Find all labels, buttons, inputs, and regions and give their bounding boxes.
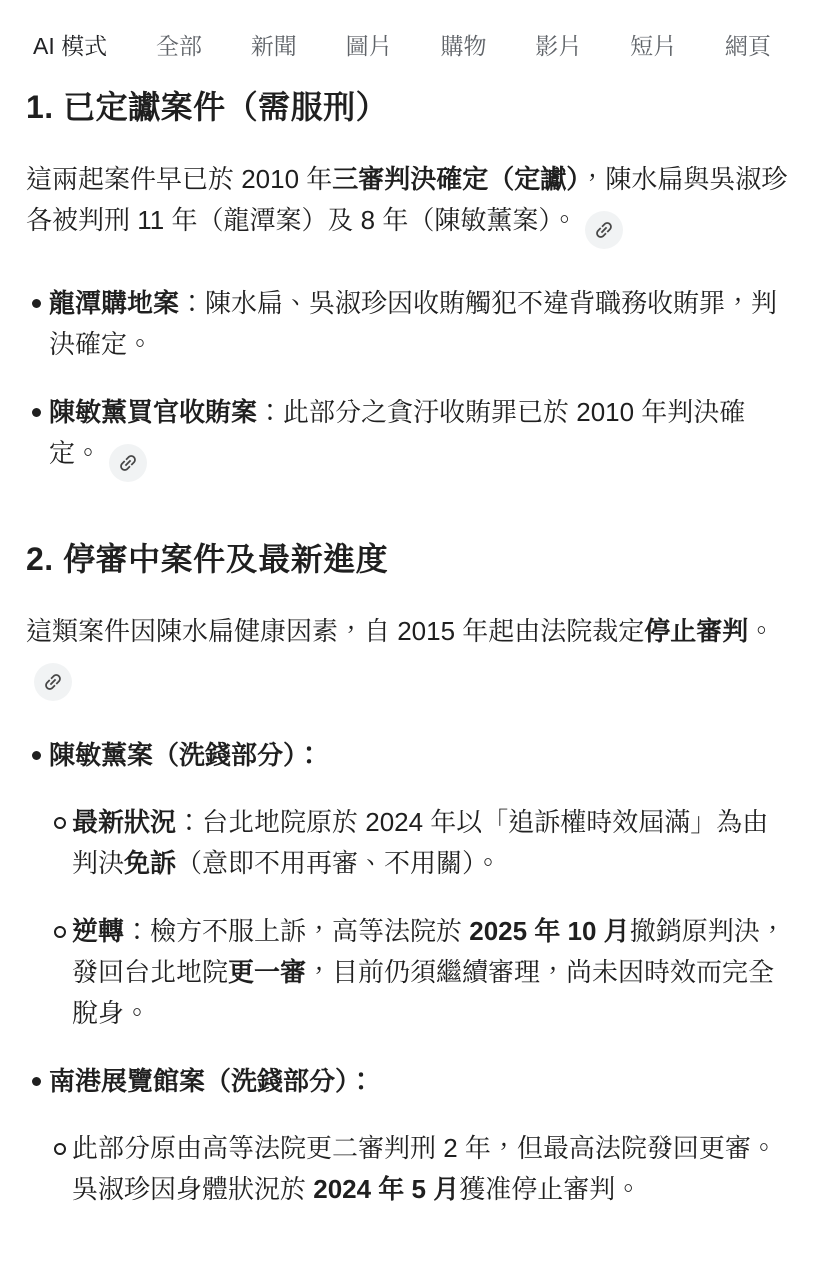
list-item-nangang-case: 南港展覽館案（洗錢部分）： 此部分原由高等法院更二審判刑 2 年，但最高法院發回…: [26, 1061, 793, 1210]
tab-web[interactable]: 網頁: [725, 30, 771, 62]
section-heading-1: 1. 已定讞案件（需服刑）: [26, 86, 793, 128]
sub-item-reversal: 逆轉：檢方不服上訴，高等法院於 2025 年 10 月撤銷原判決，發回台北地院更…: [49, 911, 793, 1034]
text-run-bold: 2024 年 5 月: [313, 1174, 459, 1204]
search-tabs: AI 模式 全部 新聞 圖片 購物 影片 短片 網頁: [0, 0, 821, 62]
link-icon: [37, 666, 68, 697]
text-run-bold: 更一審: [228, 957, 306, 987]
text-run-bold: 南港展覽館案（洗錢部分）：: [49, 1066, 374, 1096]
text-run: 。: [748, 616, 774, 646]
section-2-list: 陳敏薰案（洗錢部分）： 最新狀況：台北地院原於 2024 年以「追訴權時效屆滿」…: [26, 735, 793, 1210]
tab-ai-mode[interactable]: AI 模式: [33, 30, 107, 62]
text-run: 獲准停止審判。: [459, 1174, 641, 1204]
section-2-intro: 這類案件因陳水扁健康因素，自 2015 年起由法院裁定停止審判。: [26, 611, 793, 701]
tab-short-videos[interactable]: 短片: [630, 30, 676, 62]
tab-all[interactable]: 全部: [156, 30, 202, 62]
search-results-page: AI 模式 全部 新聞 圖片 購物 影片 短片 網頁 1. 已定讞案件（需服刑）…: [0, 0, 821, 1280]
section-1-intro: 這兩起案件早已於 2010 年三審判決確定（定讞），陳水扁與吳淑珍各被判刑 11…: [26, 159, 793, 249]
text-run-bold: 停止審判: [644, 616, 748, 646]
tab-news[interactable]: 新聞: [251, 30, 297, 62]
section-1-list: 龍潭購地案：陳水扁、吳淑珍因收賄觸犯不違背職務收賄罪，判決確定。 陳敏薰買官收賄…: [26, 283, 793, 482]
sub-list: 最新狀況：台北地院原於 2024 年以「追訴權時效屆滿」為由判決免訴（意即不用再…: [49, 802, 793, 1034]
text-run: 這類案件因陳水扁健康因素，自 2015 年起由法院裁定: [26, 616, 644, 646]
text-run-bold: 陳敏薰買官收賄案: [49, 397, 257, 427]
list-item-chenminxun-bribery-case: 陳敏薰買官收賄案：此部分之貪汙收賄罪已於 2010 年判決確定。: [26, 392, 793, 482]
tab-shopping[interactable]: 購物: [440, 30, 486, 62]
sub-list: 此部分原由高等法院更二審判刑 2 年，但最高法院發回更審。吳淑珍因身體狀況於 2…: [49, 1128, 793, 1210]
ai-answer-content: 1. 已定讞案件（需服刑） 這兩起案件早已於 2010 年三審判決確定（定讞），…: [0, 86, 821, 1210]
text-run: 這兩起案件早已於 2010 年: [26, 164, 332, 194]
text-run-bold: 最新狀況: [72, 807, 176, 837]
text-run-bold: 逆轉: [72, 916, 124, 946]
tab-images[interactable]: 圖片: [346, 30, 392, 62]
list-item-chenminxun-laundering-case: 陳敏薰案（洗錢部分）： 最新狀況：台北地院原於 2024 年以「追訴權時效屆滿」…: [26, 735, 793, 1034]
citation-chip[interactable]: [34, 663, 72, 701]
link-icon: [112, 447, 143, 478]
text-run-bold: 2025 年 10 月: [469, 916, 629, 946]
text-run: （意即不用再審、不用關）。: [176, 848, 501, 878]
tab-videos[interactable]: 影片: [535, 30, 581, 62]
text-run-bold: 免訴: [124, 848, 176, 878]
citation-chip[interactable]: [109, 444, 147, 482]
sub-item-nangang-status: 此部分原由高等法院更二審判刑 2 年，但最高法院發回更審。吳淑珍因身體狀況於 2…: [49, 1128, 793, 1210]
text-run-bold: 龍潭購地案: [49, 288, 179, 318]
link-icon: [589, 214, 620, 245]
list-item-longtan-case: 龍潭購地案：陳水扁、吳淑珍因收賄觸犯不違背職務收賄罪，判決確定。: [26, 283, 793, 365]
text-run-bold: 三審判決確定（定讞）: [332, 164, 579, 194]
section-heading-2: 2. 停審中案件及最新進度: [26, 538, 793, 580]
text-run-bold: 陳敏薰案（洗錢部分）：: [49, 740, 322, 770]
sub-item-latest-status: 最新狀況：台北地院原於 2024 年以「追訴權時效屆滿」為由判決免訴（意即不用再…: [49, 802, 793, 884]
text-run: ：檢方不服上訴，高等法院於: [124, 916, 469, 946]
citation-chip[interactable]: [585, 211, 623, 249]
